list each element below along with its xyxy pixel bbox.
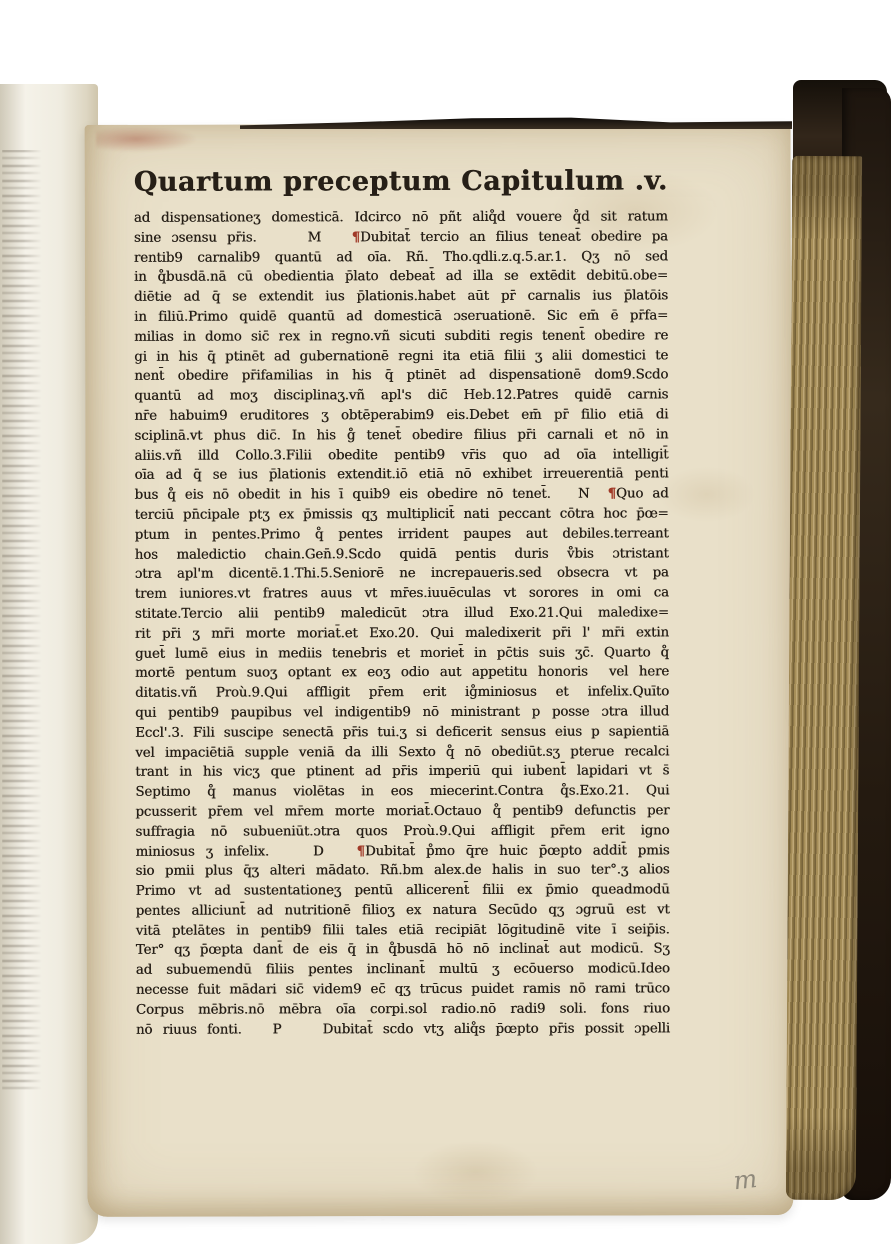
red-smudge <box>96 126 196 152</box>
text-line: terciū pn̄cipale ptʒ ex p̄missis qʒ mult… <box>135 504 669 525</box>
text-line: necesse fuit mādari sic̄ videm9 ec̄ qʒ t… <box>136 979 670 1000</box>
text-line: ad subuemendū filiis pentes inclinant̄ m… <box>136 960 670 981</box>
text-line: hos maledictio chain.Gen̄.9.Scdo quidā p… <box>135 544 669 565</box>
text-line: pentes alliciunt̄ ad nutritionē filioʒ e… <box>136 900 670 921</box>
pilcrow-mark: ¶ <box>357 844 365 859</box>
text-line: milias in domo sic̄ rex in regno.vñ sicu… <box>134 326 668 347</box>
heading-word: .v. <box>634 165 667 196</box>
text-line: rit pr̄i ʒ mr̄i morte moriat̄.et Exo.20.… <box>135 623 669 644</box>
book-photo: Quartum preceptum Capitulum .v. ad dispe… <box>0 0 893 1260</box>
text-line: oīa ad q̄ se ius p̄lationis extendit.iō … <box>134 465 668 486</box>
text-block: Quartum preceptum Capitulum .v. ad dispe… <box>134 165 670 1040</box>
text-line: gi in his q̄ ptinēt ad gubernationē regn… <box>134 346 668 367</box>
heading-word: Capitulum <box>461 166 624 197</box>
text-line: nō riuus fonti. P Dubitat̄ scdo vtʒ aliq… <box>136 1019 670 1040</box>
text-line: mortē pentum suoʒ optant ex eoʒ odio aut… <box>135 663 669 684</box>
text-line: Eccl'.3. Fili suscipe senectā pr̄is tui.… <box>135 722 669 743</box>
text-line: Ter° qʒ p̄œpta dant̄ de eis q̄ in q̊busd… <box>136 940 670 961</box>
pencil-mark: m <box>732 1164 759 1195</box>
text-line: sine ɔsensu pr̄is. M ¶Dubitat̄ tercio an… <box>134 227 668 248</box>
text-line: trem iuniores.vt fratres auus vt mr̄es.i… <box>135 584 669 605</box>
heading-word: preceptum <box>283 166 451 197</box>
text-line: sio pmii plus q̄ʒ alteri mādato. Rñ.bm a… <box>136 861 670 882</box>
text-line: Corpus mēbris.nō mēbra oīa corpi.sol rad… <box>136 999 670 1020</box>
heading-word: Quartum <box>134 166 273 197</box>
text-line: miniosus ʒ infelix. D ¶Dubitat̄ p̊mo q̄r… <box>135 841 669 862</box>
text-line: pcusserit pr̄em vel mr̄em morte moriat̄.… <box>135 801 669 822</box>
text-line: guet̄ lumē eius in mediis tenebris et mo… <box>135 643 669 664</box>
text-line: vitā ptelātes in pentib9 filii tales eti… <box>136 920 670 941</box>
main-page: Quartum preceptum Capitulum .v. ad dispe… <box>85 123 794 1217</box>
text-line: ditatis.vñ Proù.9.Qui affligit pr̄em eri… <box>135 683 669 704</box>
text-line: stitate.Tercio alii pentib9 maledicūt ɔt… <box>135 603 669 624</box>
text-line: suffragia nō subueniūt.ɔtra quos Proù.9.… <box>135 821 669 842</box>
text-line: qui pentib9 paupibus vel indigentib9 nō … <box>135 702 669 723</box>
facing-page-edge <box>0 84 98 1244</box>
text-line: bus q̊ eis nō obedit in his ī quib9 eis … <box>135 485 669 506</box>
text-line: quantū ad moʒ disciplinaʒ.vñ apl's dic̄ … <box>134 386 668 407</box>
facing-page-text-edge <box>2 150 42 1090</box>
text-line: trant in his vicʒ que ptinent ad pr̄is i… <box>135 762 669 783</box>
text-line: Septimo q̊ manus violētas in eos mieceri… <box>135 782 669 803</box>
text-line: Primo vt ad sustentationeʒ pentū allicer… <box>136 880 670 901</box>
text-line: rentib9 carnalib9 quantū ad oīa. Rñ. Tho… <box>134 247 668 268</box>
text-line: vel impaciētiā supple veniā da illi Sext… <box>135 742 669 763</box>
pilcrow-mark: ¶ <box>608 487 616 502</box>
page-top-edge-shadow <box>240 117 792 129</box>
text-line: aliis.vñ illd Collo.3.Filii obedite pent… <box>134 445 668 466</box>
fore-edge <box>786 156 862 1200</box>
text-line: nr̄e habuim9 eruditores ʒ obtēperabim9 e… <box>134 405 668 426</box>
text-line: ɔtra apl'm dicentē.1.Thi.5.Seniorē ne in… <box>135 564 669 585</box>
heading-line: Quartum preceptum Capitulum .v. <box>134 165 668 206</box>
text-line: diētie ad q̄ se extendit ius p̄lationis.… <box>134 287 668 308</box>
text-line: ad dispensationeʒ domesticā. Idcirco nō … <box>134 207 668 228</box>
text-line: in filiū.Primo quidē quantū ad domesticā… <box>134 306 668 327</box>
text-line: nent̄ obedire pr̄ifamilias in his q̄ pti… <box>134 366 668 387</box>
pilcrow-mark: ¶ <box>352 230 360 245</box>
text-line: in q̊busdā.nā cū obedientia p̄lato debea… <box>134 267 668 288</box>
text-line: sciplinā.vt phus dic̄. In his g̊ tenet̄ … <box>134 425 668 446</box>
text-line: ptum in pentes.Primo q̊ pentes irrident … <box>135 524 669 545</box>
body-text: ad dispensationeʒ domesticā. Idcirco nō … <box>134 207 670 1040</box>
